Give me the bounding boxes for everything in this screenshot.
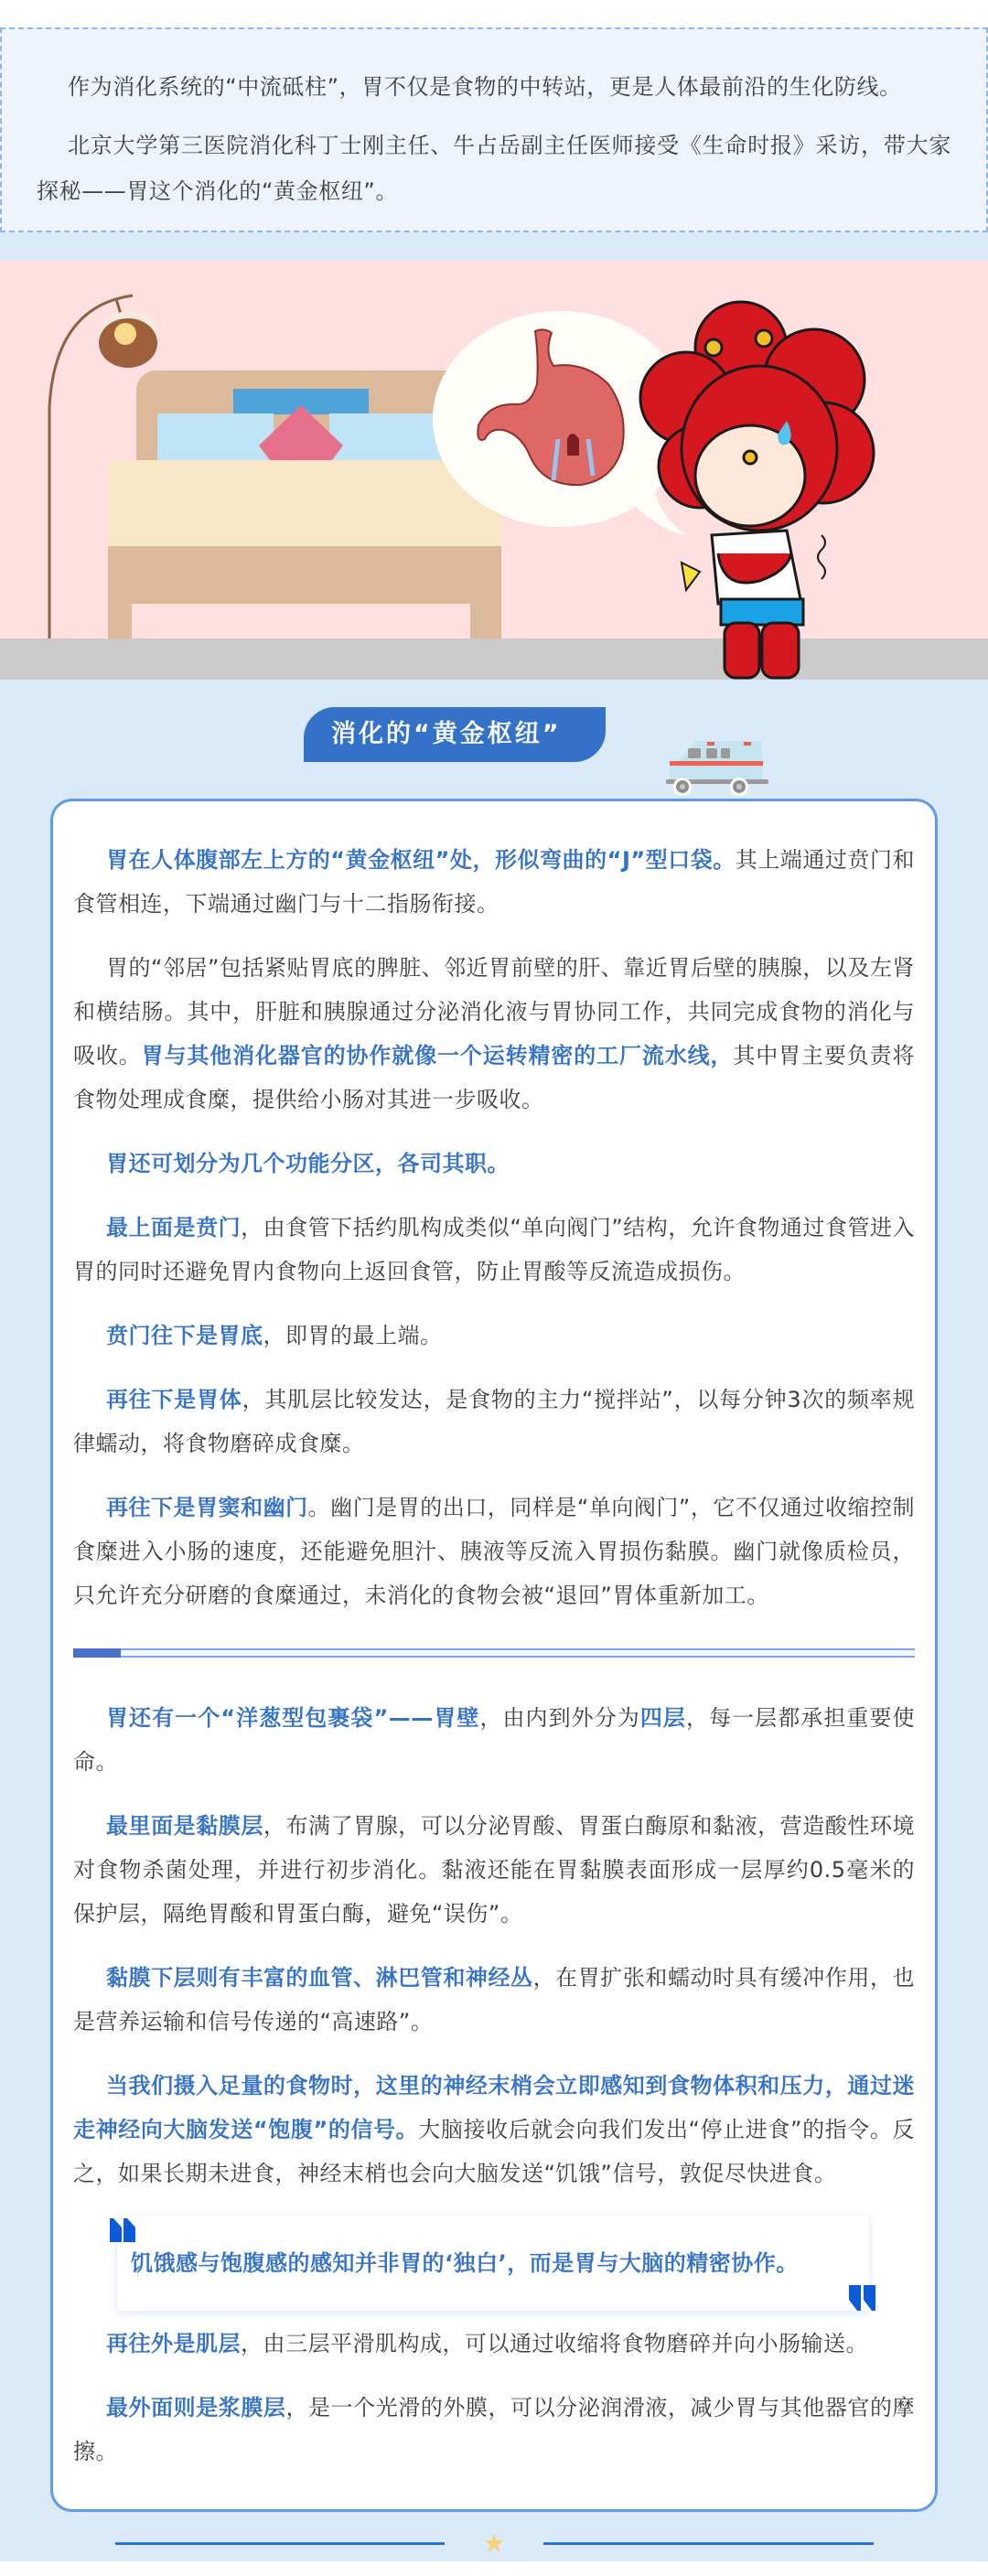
intro-box: 作为消化系统的“中流砥柱”，胃不仅是食物的中转站，更是人体最前沿的生化防线。 北…: [0, 27, 988, 232]
highlight-text: 最上面是贲门: [106, 1215, 241, 1240]
pull-quote: 饥饿感与饱腹感的感知并非胃的‘独白’，而是胃与大脑的精密协作。: [117, 2216, 869, 2311]
quote-text: 饥饿感与饱腹感的感知并非胃的‘独白’，而是胃与大脑的精密协作。: [131, 2243, 869, 2283]
paragraph-submucosa: 黏膜下层则有丰富的血管、淋巴管和神经丛，在胃扩张和蠕动时具有缓冲作用，也是营养运…: [73, 1956, 915, 2044]
highlight-text: 四层: [640, 1705, 686, 1731]
paragraph-stomach-wall: 胃还有一个“洋葱型包裹袋”——胃壁，由内到外分为四层，每一层都承担重要使命。: [73, 1696, 915, 1784]
bed-underside: [132, 604, 470, 639]
cartoon-character-icon: [631, 297, 897, 680]
highlight-text: 胃还有一个“洋葱型包裹袋”——胃壁: [106, 1705, 479, 1731]
body-text: ，由三层平滑肌构成，可以通过收缩将食物磨碎并向小肠输送。: [241, 2331, 868, 2356]
paragraph-fundus: 贲门往下是胃底，即胃的最上端。: [73, 1314, 915, 1358]
paragraph-cardia: 最上面是贲门，由食管下括约肌构成类似“单向阀门”结构，允许食物通过食管进入胃的同…: [73, 1206, 915, 1293]
highlight-text: 再往外是肌层: [106, 2331, 241, 2356]
content-card: 胃在人体腹部左上方的“黄金枢纽”处，形似弯曲的“J”型口袋。其上端通过贲门和食管…: [50, 799, 938, 2512]
body-text: ，即胃的最上端。: [263, 1323, 443, 1348]
cushion-icon: [259, 405, 343, 460]
highlight-text: 最外面则是浆膜层: [106, 2395, 285, 2420]
highlight-text: 贲门往下是胃底: [106, 1323, 263, 1348]
paragraph-mucosa: 最里面是黏膜层，布满了胃腺，可以分泌胃酸、胃蛋白酶原和黏液，营造酸性环境对食物杀…: [73, 1804, 915, 1936]
highlight-text: 黏膜下层则有丰富的血管、淋巴管和神经丛: [106, 1965, 533, 1991]
ambulance-icon: [666, 739, 774, 796]
highlight-text: 胃在人体腹部左上方的“黄金枢纽”处，形似弯曲的“J”型口袋。: [106, 847, 736, 873]
divider-accent: [73, 1648, 121, 1658]
hero-illustration: [0, 261, 988, 680]
section-divider: [73, 1648, 915, 1658]
highlight-text: 胃与其他消化器官的协作就像一个运转精密的工厂流水线，: [142, 1043, 734, 1068]
quote-open-icon: [110, 2218, 137, 2242]
intro-paragraph: 北京大学第三医院消化科丁士刚主任、牛占岳副主任医师接受《生命时报》采访，带大家探…: [37, 123, 951, 214]
highlight-text: 最里面是黏膜层: [106, 1813, 263, 1839]
star-icon: [484, 2533, 504, 2553]
footer-line-left: [115, 2542, 445, 2545]
pillow-left: [157, 413, 274, 461]
intro-paragraph: 作为消化系统的“中流砥柱”，胃不仅是食物的中转站，更是人体最前沿的生化防线。: [37, 64, 951, 110]
body-text: ，由内到外分为: [479, 1705, 639, 1731]
paragraph-zones-intro: 胃还可划分为几个功能分区，各司其职。: [73, 1142, 915, 1186]
quote-close-icon: [849, 2285, 876, 2311]
paragraph-muscularis: 再往外是肌层，由三层平滑肌构成，可以通过收缩将食物磨碎并向小肠输送。: [73, 2322, 915, 2366]
paragraph-location: 胃在人体腹部左上方的“黄金枢纽”处，形似弯曲的“J”型口袋。其上端通过贲门和食管…: [73, 838, 915, 926]
section-title: 消化的“黄金枢纽”: [304, 707, 606, 762]
highlight-text: 再往下是胃体: [106, 1387, 242, 1412]
paragraph-pylorus: 再往下是胃窦和幽门。幽门是胃的出口，同样是“单向阀门”，它不仅通过收缩控制食糜进…: [73, 1486, 915, 1617]
highlight-text: 胃还可划分为几个功能分区，各司其职。: [106, 1151, 510, 1176]
highlight-text: 再往下是胃窦和幽门: [106, 1495, 308, 1520]
paragraph-serosa: 最外面则是浆膜层，是一个光滑的外膜，可以分泌润滑液，减少胃与其他器官的摩擦。: [73, 2386, 915, 2474]
paragraph-body: 再往下是胃体，其肌层比较发达，是食物的主力“搅拌站”，以每分钟3次的频率规律蠕动…: [73, 1378, 915, 1465]
top-spacer: [0, 0, 988, 27]
paragraph-neighbors: 胃的“邻居”包括紧贴胃底的脾脏、邻近胃前壁的肝、靠近胃后壁的胰腺，以及左肾和横结…: [73, 946, 915, 1122]
footer-line-right: [543, 2542, 874, 2545]
paragraph-satiety: 当我们摄入足量的食物时，这里的神经末梢会立即感知到食物体积和压力，通过迷走神经向…: [73, 2064, 915, 2195]
